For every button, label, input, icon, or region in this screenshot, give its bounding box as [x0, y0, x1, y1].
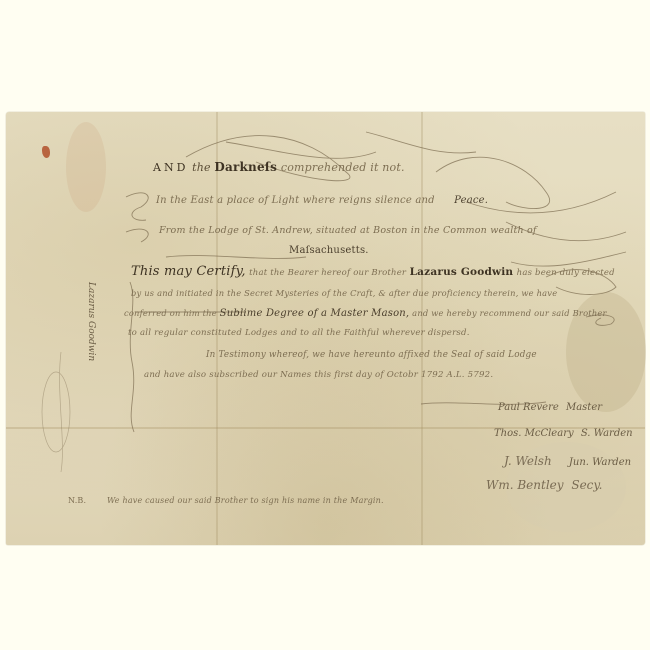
- nb-note: N.B. We have caused our said Brother to …: [68, 496, 384, 505]
- signature-name: Paul Revere: [498, 402, 559, 413]
- signature-name: J. Welsh: [504, 454, 552, 468]
- body-line-2: by us and initiated in the Secret Myster…: [131, 288, 557, 298]
- body-text: that the Bearer hereof our Brother: [249, 268, 406, 278]
- header-comprehended: comprehended it not.: [281, 161, 405, 174]
- signature-role: Jun. Warden: [569, 457, 631, 468]
- header-the: the: [192, 161, 211, 174]
- signature-master: Paul Revere Master: [498, 402, 602, 413]
- degree-text: Sublime Degree of a Master Mason,: [220, 308, 410, 319]
- certify-heading: This may Certify,: [131, 264, 246, 279]
- signature-secretary: Wm. Bentley Secy.: [486, 478, 602, 492]
- header-east-text: In the East a place of Light where reign…: [156, 195, 435, 206]
- signature-junior-warden: J. Welsh Jun. Warden: [504, 454, 631, 468]
- header-line-darkness: AND the Darkneſs comprehended it not.: [153, 160, 405, 174]
- signature-role: S. Warden: [581, 428, 633, 439]
- signature-senior-warden: Thos. McCleary S. Warden: [494, 428, 633, 439]
- header-darkness: Darkneſs: [214, 160, 277, 174]
- signature-role: Secy.: [571, 478, 602, 492]
- signature-name: Wm. Bentley: [486, 478, 564, 492]
- body-text: conferred on him the: [124, 308, 217, 318]
- state-name: Maſsachusetts.: [289, 245, 369, 256]
- signature-role: Master: [566, 402, 602, 413]
- testimony-line-2: and have also subscribed our Names this …: [144, 370, 493, 380]
- body-text: and we hereby recommend our said Brother: [412, 308, 606, 318]
- margin-signature: Lazarus Goodwin: [86, 282, 96, 361]
- header-line-east: In the East a place of Light where reign…: [156, 195, 488, 206]
- brother-name: Lazarus Goodwin: [410, 266, 514, 278]
- nb-text: We have caused our said Brother to sign …: [107, 496, 384, 505]
- header-peace: Peace.: [454, 195, 488, 206]
- body-line-3: conferred on him the Sublime Degree of a…: [124, 308, 607, 319]
- body-line-4: to all regular constituted Lodges and to…: [128, 328, 470, 338]
- nb-mark: N.B.: [68, 496, 86, 505]
- body-line-1: This may Certify, that the Bearer hereof…: [131, 264, 615, 279]
- testimony-line-1: In Testimony whereof, we have hereunto a…: [206, 350, 537, 360]
- body-text: has been duly elected: [517, 268, 615, 278]
- signature-name: Thos. McCleary: [494, 428, 574, 439]
- certificate-paper: AND the Darkneſs comprehended it not. In…: [6, 112, 645, 545]
- header-and: AND: [153, 161, 188, 174]
- lodge-line: From the Lodge of St. Andrew, situated a…: [159, 225, 537, 236]
